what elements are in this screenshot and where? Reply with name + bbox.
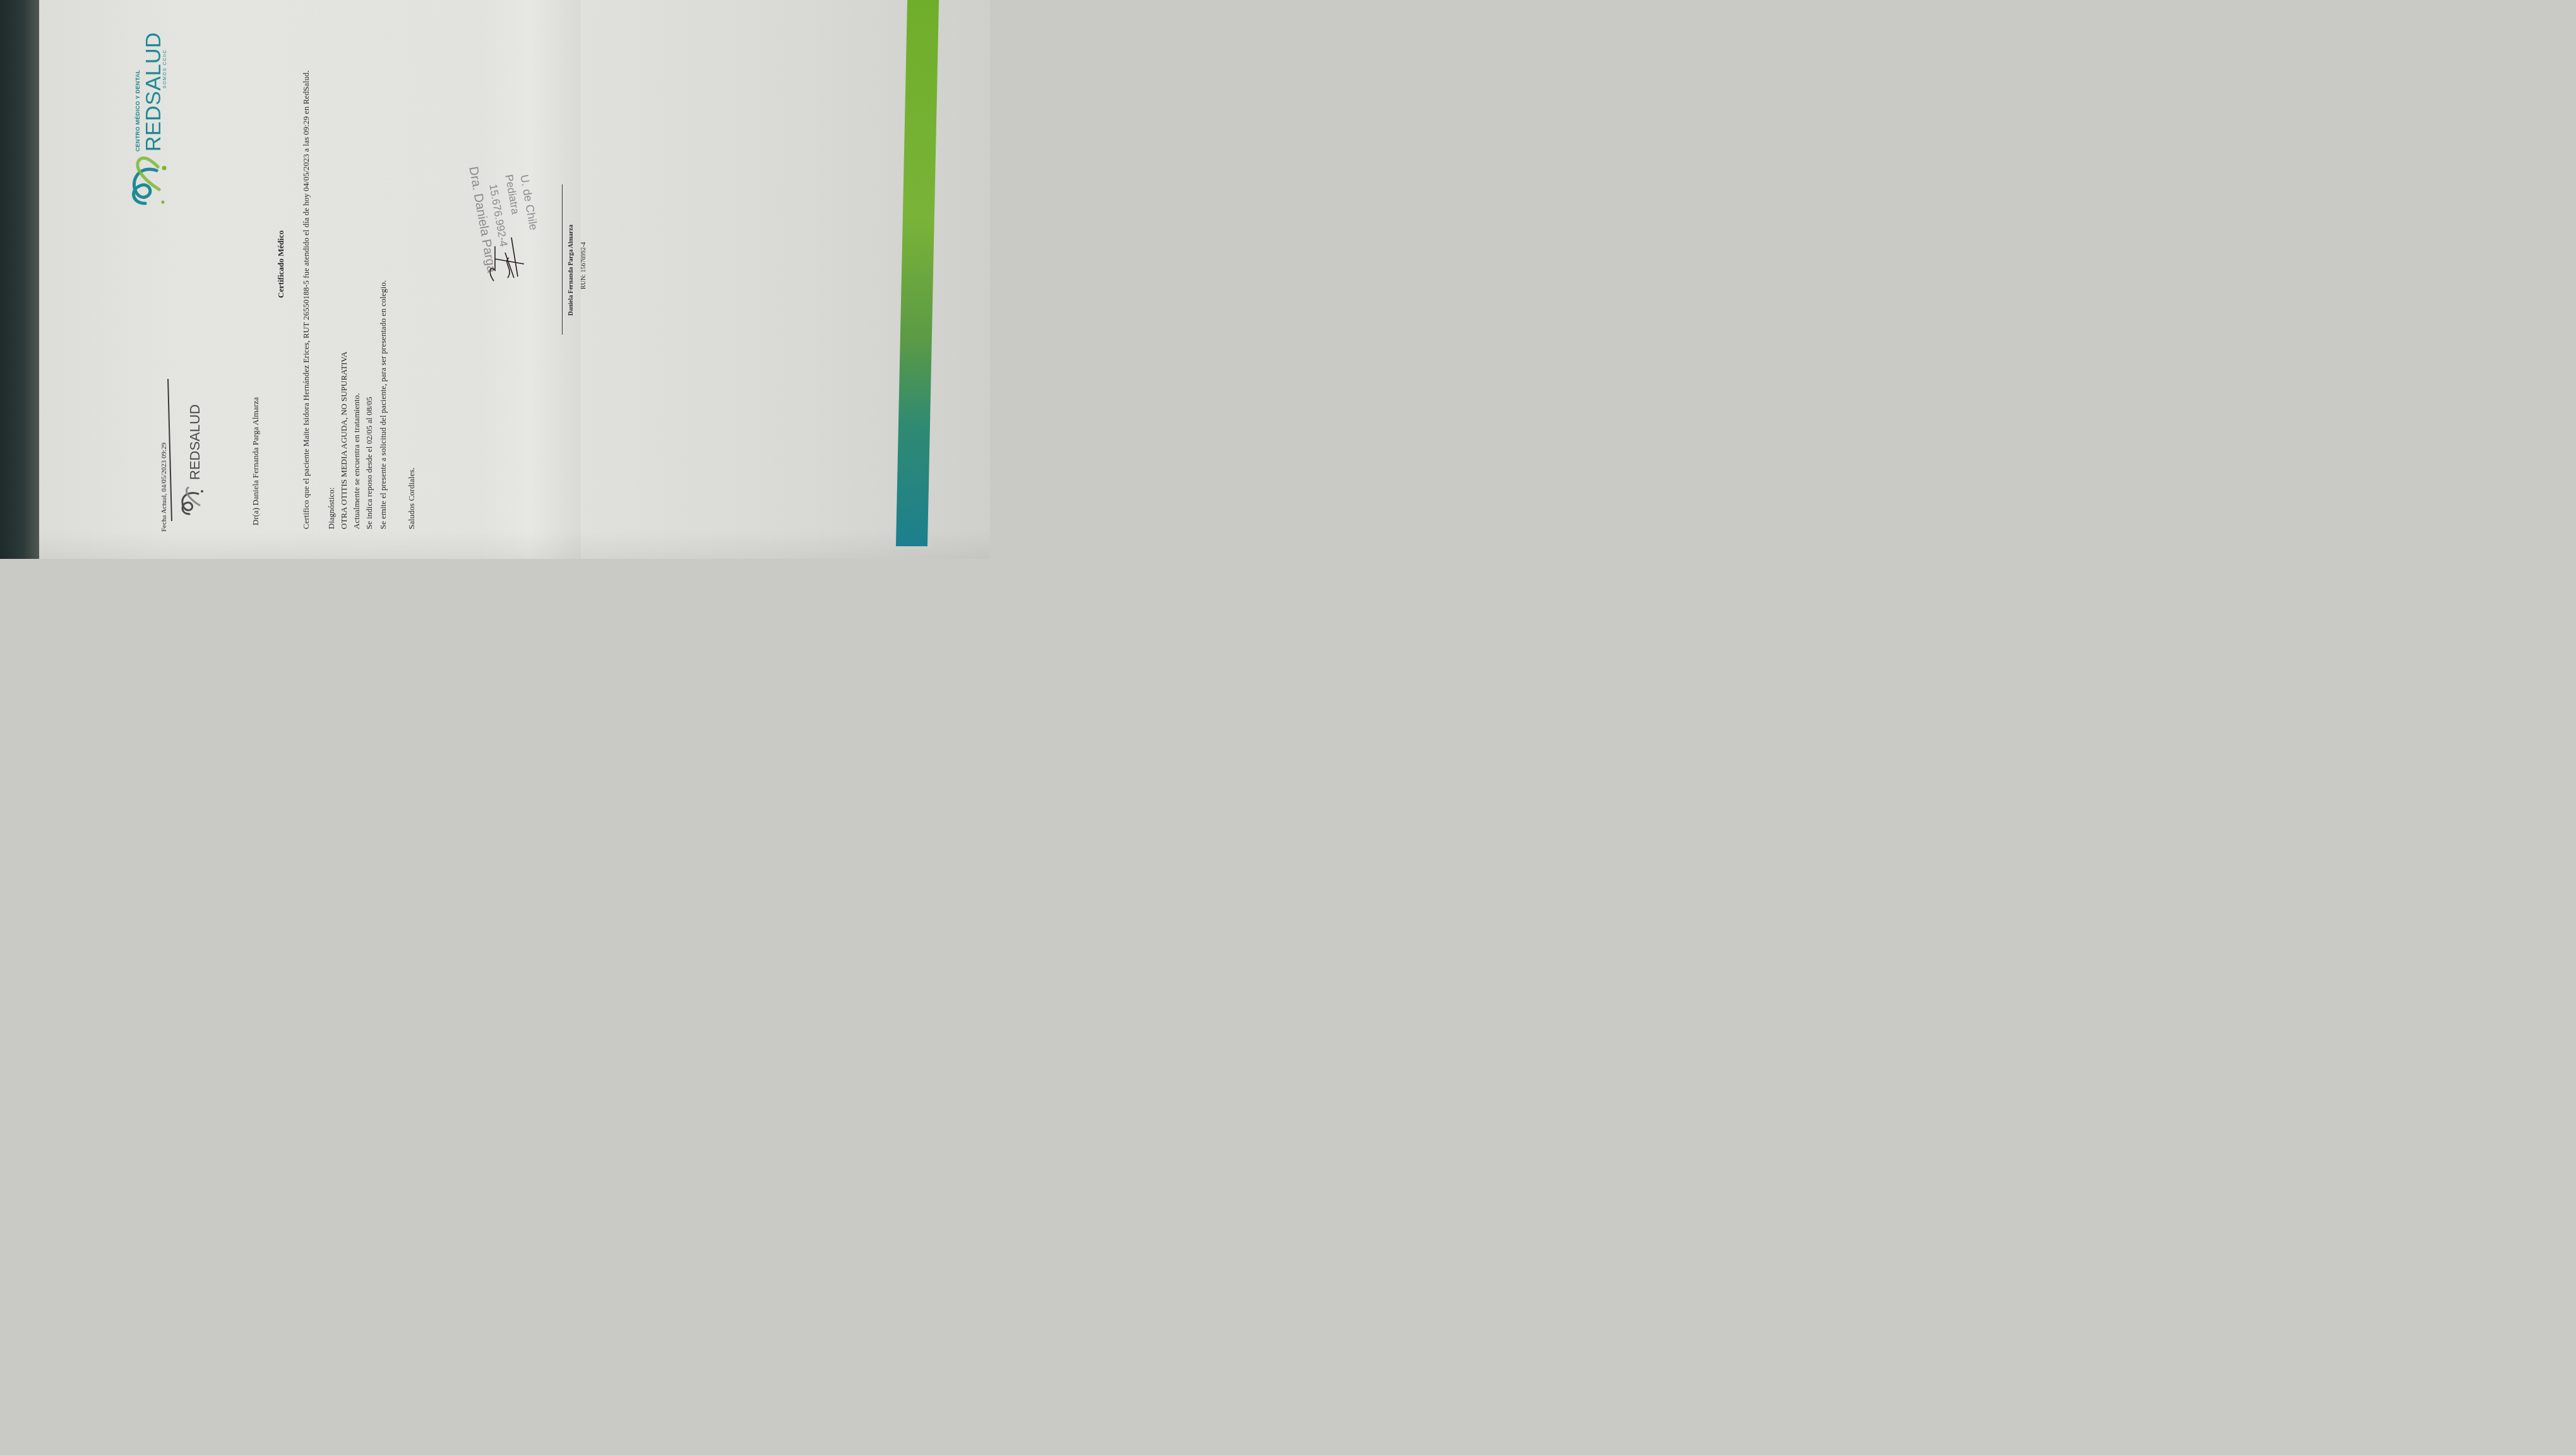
issued-for-line: Se emite el presente a solicitud del pac… (379, 280, 387, 529)
certify-paragraph: Certifico que el paciente Maite Isidora … (302, 71, 310, 529)
clinic-sub: SOMOS CChC (163, 49, 167, 88)
signature-rule (562, 184, 563, 335)
treatment-line: Actualmente se encuentra en tratamiento. (352, 393, 361, 529)
diagnosis-value: OTRA OTITIS MEDIA AGUDA, NO SUPURATIVA (340, 352, 348, 529)
doctor-header: Dr(a) Daniela Fernanda Parga Almarza (251, 397, 259, 525)
rest-period-line: Se indica reposo desde el 02/05 al 08/05 (365, 397, 373, 529)
closing-line: Saludos Cordiales. (407, 468, 415, 530)
signer-run: RUN: 15676992-4 (581, 242, 587, 289)
certificate-title: Certificado Médico (277, 231, 285, 298)
clinic-tagline: CENTRO MÉDICO Y DENTAL (134, 69, 141, 152)
footer-logo-name: REDSALUD (187, 404, 203, 480)
handwritten-signature (486, 234, 530, 284)
desk-background (0, 0, 43, 559)
footer-current-date: Fecha Actual, 04/05/2023 09:29 (161, 443, 168, 532)
paper-shadow (39, 530, 990, 559)
signer-name: Daniela Fernanda Parga Almarza (568, 225, 575, 316)
diagnosis-label: Diagnóstico: (327, 488, 335, 529)
